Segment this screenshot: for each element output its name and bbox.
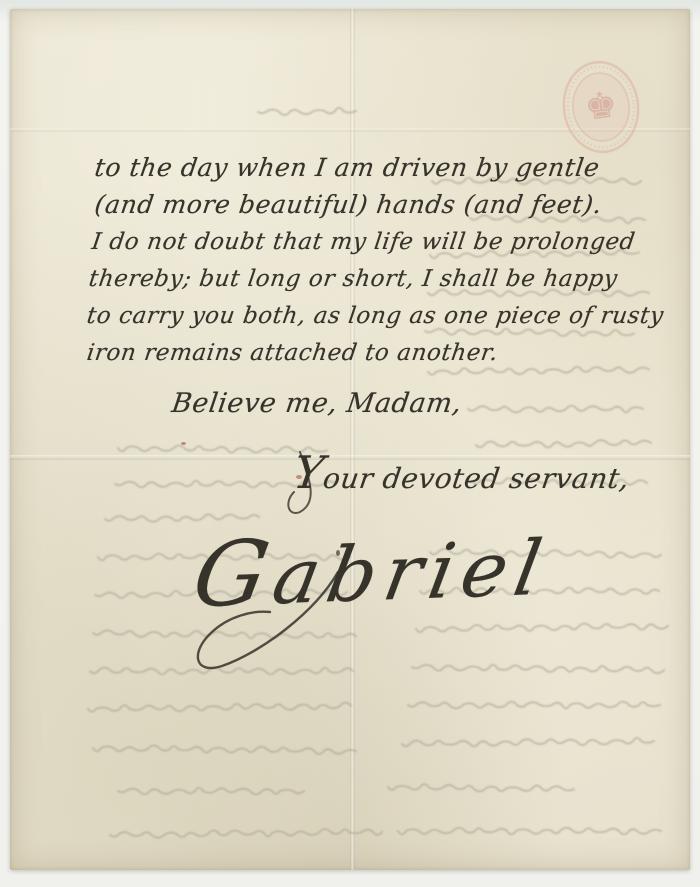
letter-line-2: (and more beautiful) hands (and feet). xyxy=(93,190,604,219)
red-ink-speck xyxy=(296,475,302,479)
letter-line-3: I do not doubt that my life will be prol… xyxy=(90,229,637,255)
red-ink-speck xyxy=(181,442,186,445)
embossed-seal: ♚ xyxy=(552,53,649,161)
letter-closing-salutation: Believe me, Madam, xyxy=(170,388,464,419)
signature: Gabriel xyxy=(186,512,558,628)
letter-line-5: to carry you both, as long as one piece … xyxy=(85,303,665,329)
dark-ink-speck xyxy=(336,550,340,556)
letter-closing-valediction: Your devoted servant, xyxy=(290,446,634,499)
letter-line-4: thereby; but long or short, I shall be h… xyxy=(87,266,619,292)
letter-line-6: iron remains attached to another. xyxy=(85,340,500,366)
seal-crown-icon: ♚ xyxy=(582,84,619,129)
photo-backdrop: ♚ to the day when I am driven by gentle … xyxy=(0,0,700,887)
letter-line-1: to the day when I am driven by gentle xyxy=(93,153,602,182)
